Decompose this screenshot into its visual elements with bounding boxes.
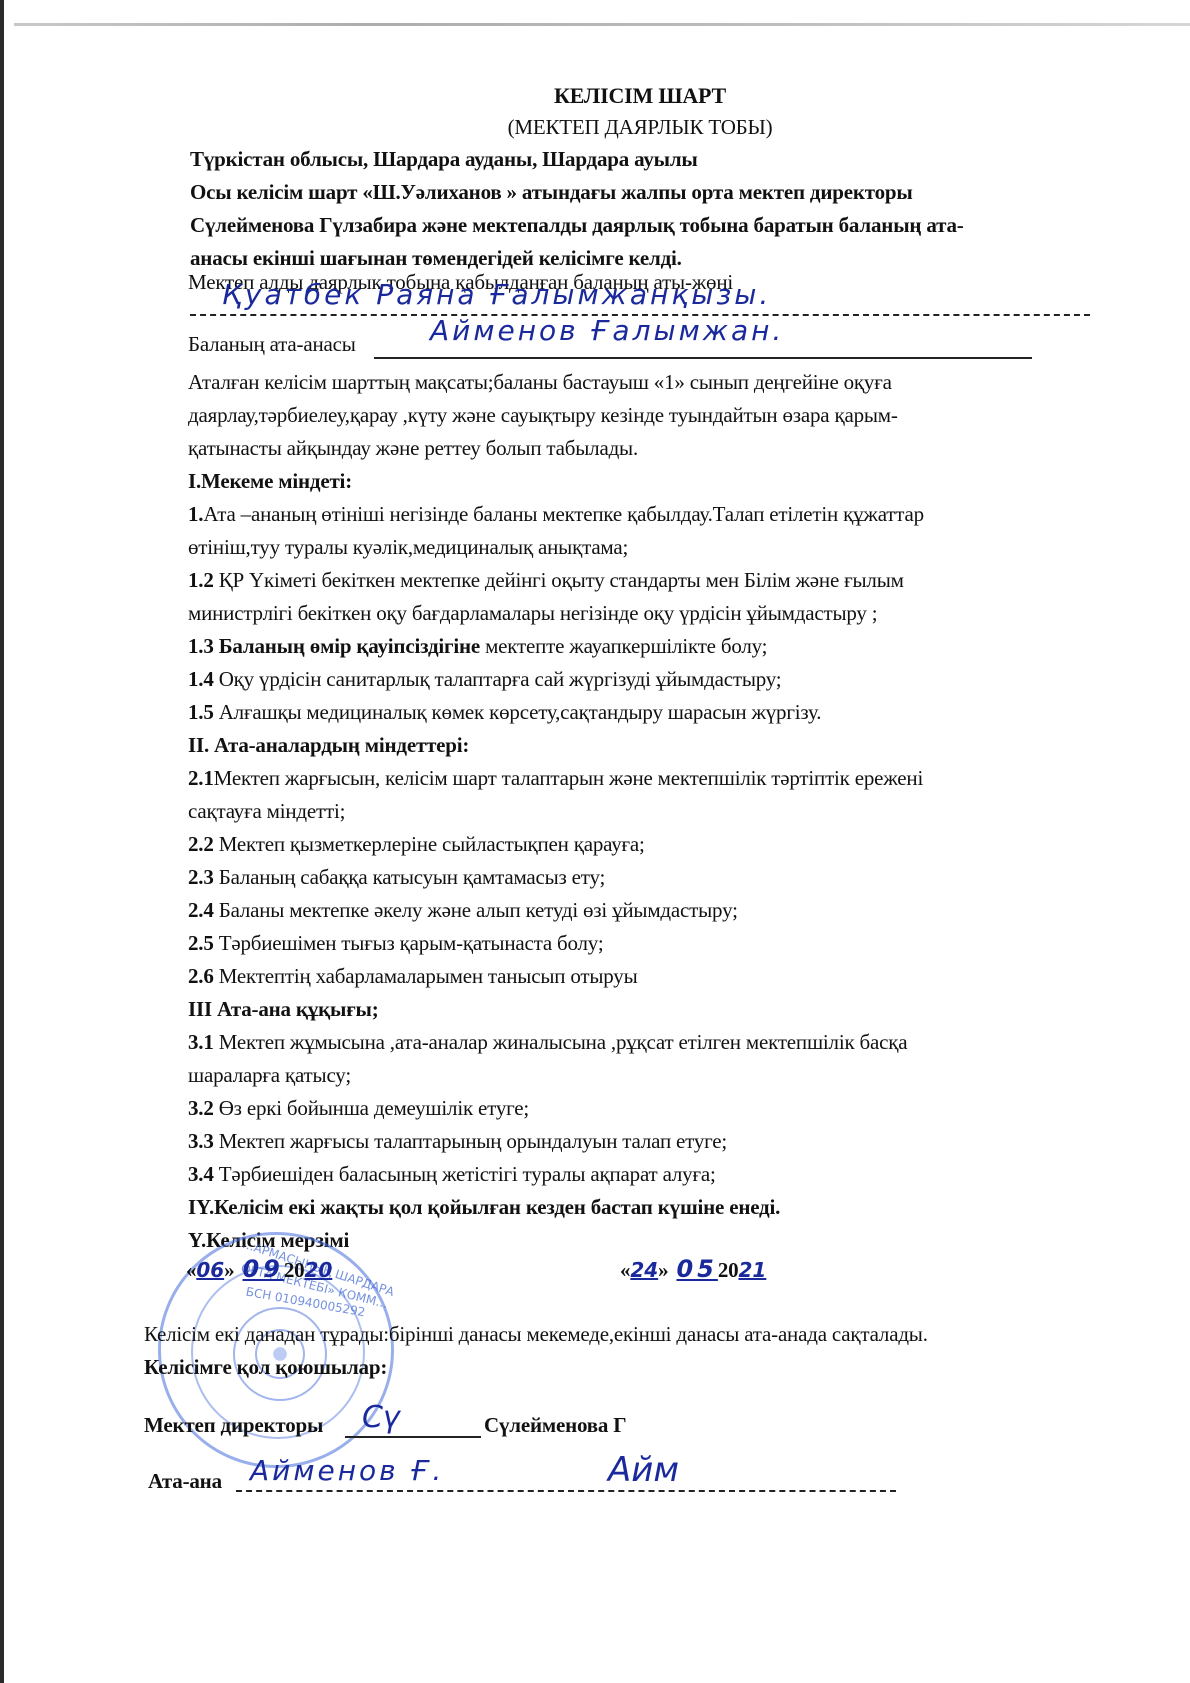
clause-number: 2.2 <box>188 832 214 856</box>
section-1-heading: І.Мекеме міндеті: <box>188 468 352 494</box>
clause-number: 2.5 <box>188 931 214 955</box>
quote-close: » <box>658 1258 668 1282</box>
director-label: Мектеп директоры <box>144 1412 323 1438</box>
start-year-field[interactable]: 20 <box>304 1258 332 1282</box>
start-month-field[interactable]: 09 <box>242 1255 283 1283</box>
end-day-field[interactable]: 24 <box>630 1258 658 1282</box>
quote-close: » <box>224 1258 234 1282</box>
clause-text: Тәрбиешімен тығыз қарым-қатынаста болу; <box>214 931 604 955</box>
clause-text: Мектеп қызметкерлеріне сыйластықпен қара… <box>214 832 645 856</box>
section-3-heading: ІІІ Ата-ана құқығы; <box>188 996 379 1022</box>
parent-sign-name[interactable]: Айменов Ғ. <box>250 1458 444 1484</box>
clause-text: Оқу үрдісін санитарлық талаптарға сай жү… <box>214 667 782 691</box>
clause-number: 3.2 <box>188 1096 214 1120</box>
clause-number: 3.4 <box>188 1162 214 1186</box>
intro-line-3: анасы екінші шағынан төмендегідей келісі… <box>190 245 682 271</box>
purpose-line-3: қатынасты айқындау және реттеу болып таб… <box>188 435 638 461</box>
start-date: «06»092020 <box>186 1256 332 1283</box>
clause-2-3: 2.3 Баланың сабаққа катысуын қамтамасыз … <box>188 864 605 890</box>
intro-line-2: Сүлейменова Гүлзабира және мектепалды да… <box>190 212 964 238</box>
clause-number: 1.3 <box>188 634 214 658</box>
parent-sign-label: Ата-ана <box>148 1468 222 1494</box>
director-signature[interactable]: Сү <box>362 1400 401 1435</box>
parent-signature[interactable]: Айм <box>608 1450 679 1490</box>
clause-2-4: 2.4 Баланы мектепке әкелу және алып кету… <box>188 897 738 923</box>
clause-number: 3.3 <box>188 1129 214 1153</box>
start-year-prefix: 20 <box>284 1258 305 1282</box>
clause-1-1-cont: өтініш,туу туралы куәлік,медициналық аны… <box>188 534 628 560</box>
clause-number: 2.6 <box>188 964 214 988</box>
purpose-line-1: Аталған келісім шарттың мақсаты;баланы б… <box>188 369 892 395</box>
end-date: «24»052021 <box>620 1256 766 1283</box>
clause-number: 2.4 <box>188 898 214 922</box>
parent-signature-line <box>236 1490 896 1492</box>
clause-number: 2.1 <box>188 766 214 790</box>
clause-text: Ата –ананың өтініші негізінде баланы мек… <box>203 502 924 526</box>
clause-2-1-cont: сақтауға міндетті; <box>188 798 345 824</box>
quote-open: « <box>186 1258 196 1282</box>
purpose-line-2: даярлау,тәрбиелеу,қарау ,күту және сауық… <box>188 402 898 428</box>
parent-name-underline <box>374 357 1032 359</box>
clause-text: Мектеп жарғысы талаптарының орындалуын т… <box>214 1129 727 1153</box>
clause-1-3: 1.3 Баланың өмір қауіпсіздігіне мектепте… <box>188 633 767 659</box>
clause-number: 3.1 <box>188 1030 214 1054</box>
document-title: КЕЛІСІМ ШАРТ <box>0 83 1190 109</box>
director-name: Сүлейменова Г <box>484 1412 626 1438</box>
clause-2-5: 2.5 Тәрбиешімен тығыз қарым-қатынаста бо… <box>188 930 603 956</box>
signatories-heading: Келісімге қол қоюшылар: <box>144 1354 387 1380</box>
quote-open: « <box>620 1258 630 1282</box>
clause-2-6: 2.6 Мектептің хабарламаларымен танысып о… <box>188 963 637 989</box>
clause-1-1: 1.Ата –ананың өтініші негізінде баланы м… <box>188 501 924 527</box>
location-line: Түркістан облысы, Шардара ауданы, Шардар… <box>190 146 698 172</box>
clause-3-4: 3.4 Тәрбиешіден баласының жетістігі тура… <box>188 1161 716 1187</box>
clause-text: Тәрбиешіден баласының жетістігі туралы а… <box>214 1162 716 1186</box>
clause-number: 2.3 <box>188 865 214 889</box>
intro-line-1: Осы келісім шарт «Ш.Уәлиханов » атындағы… <box>190 179 913 205</box>
clause-3-2: 3.2 Өз еркі бойынша демеушілік етуге; <box>188 1095 529 1121</box>
section-2-heading: ІІ. Ата-аналардың міндеттері: <box>188 732 469 758</box>
clause-1-2-cont: министрлігі бекіткен оқу бағдарламалары … <box>188 600 877 626</box>
start-day-field[interactable]: 06 <box>196 1258 224 1282</box>
parent-name-field[interactable]: Айменов Ғалымжан. <box>430 318 784 344</box>
clause-2-2: 2.2 Мектеп қызметкерлеріне сыйластықпен … <box>188 831 645 857</box>
clause-text: Мектеп жұмысына ,ата-аналар жиналысына ,… <box>214 1030 908 1054</box>
clause-3-1-cont: шараларға қатысу; <box>188 1062 351 1088</box>
clause-text: Баланың сабаққа катысуын қамтамасыз ету; <box>214 865 606 889</box>
clause-text: Мектеп жарғысын, келісім шарт талаптарын… <box>214 766 923 790</box>
clause-1-2: 1.2 ҚР Үкіметі бекіткен мектепке дейінгі… <box>188 567 904 593</box>
clause-3-1: 3.1 Мектеп жұмысына ,ата-аналар жиналысы… <box>188 1029 907 1055</box>
clause-number: 1.5 <box>188 700 214 724</box>
contract-page: КЕЛІСІМ ШАРТ (МЕКТЕП ДАЯРЛЫК ТОБЫ) Түркі… <box>0 0 1190 1683</box>
clause-number: 1.4 <box>188 667 214 691</box>
clause-3-3: 3.3 Мектеп жарғысы талаптарының орындалу… <box>188 1128 727 1154</box>
clause-text: Өз еркі бойынша демеушілік етуге; <box>214 1096 529 1120</box>
document-subtitle: (МЕКТЕП ДАЯРЛЫК ТОБЫ) <box>0 114 1190 140</box>
parent-label: Баланың ата-анасы <box>188 331 356 357</box>
clause-text: Алғашқы медициналық көмек көрсету,сақтан… <box>214 700 822 724</box>
child-name-field[interactable]: Қуатбек Раяна Ғалымжанқызы. <box>222 282 771 308</box>
section-4-text: ІY.Келісім екі жақты қол қойылған кезден… <box>188 1194 780 1220</box>
clause-1-4: 1.4 Оқу үрдісін санитарлық талаптарға са… <box>188 666 781 692</box>
clause-number: 1. <box>188 502 203 526</box>
end-year-field[interactable]: 21 <box>738 1258 766 1282</box>
clause-text: мектепте жауапкершілікте болу; <box>480 634 767 658</box>
clause-2-1: 2.1Мектеп жарғысын, келісім шарт талапта… <box>188 765 923 791</box>
clause-bold-text: Баланың өмір қауіпсіздігіне <box>214 634 480 658</box>
copies-note: Келісім екі данадан тұрады:бірінші данас… <box>144 1321 928 1347</box>
clause-number: 1.2 <box>188 568 214 592</box>
clause-text: ҚР Үкіметі бекіткен мектепке дейінгі оқы… <box>214 568 904 592</box>
director-signature-line <box>345 1436 481 1438</box>
end-year-prefix: 20 <box>718 1258 739 1282</box>
end-month-field[interactable]: 05 <box>676 1255 717 1283</box>
clause-text: Мектептің хабарламаларымен танысып отыру… <box>214 964 638 988</box>
clause-1-5: 1.5 Алғашқы медициналық көмек көрсету,са… <box>188 699 821 725</box>
clause-text: Баланы мектепке әкелу және алып кетуді ө… <box>214 898 738 922</box>
